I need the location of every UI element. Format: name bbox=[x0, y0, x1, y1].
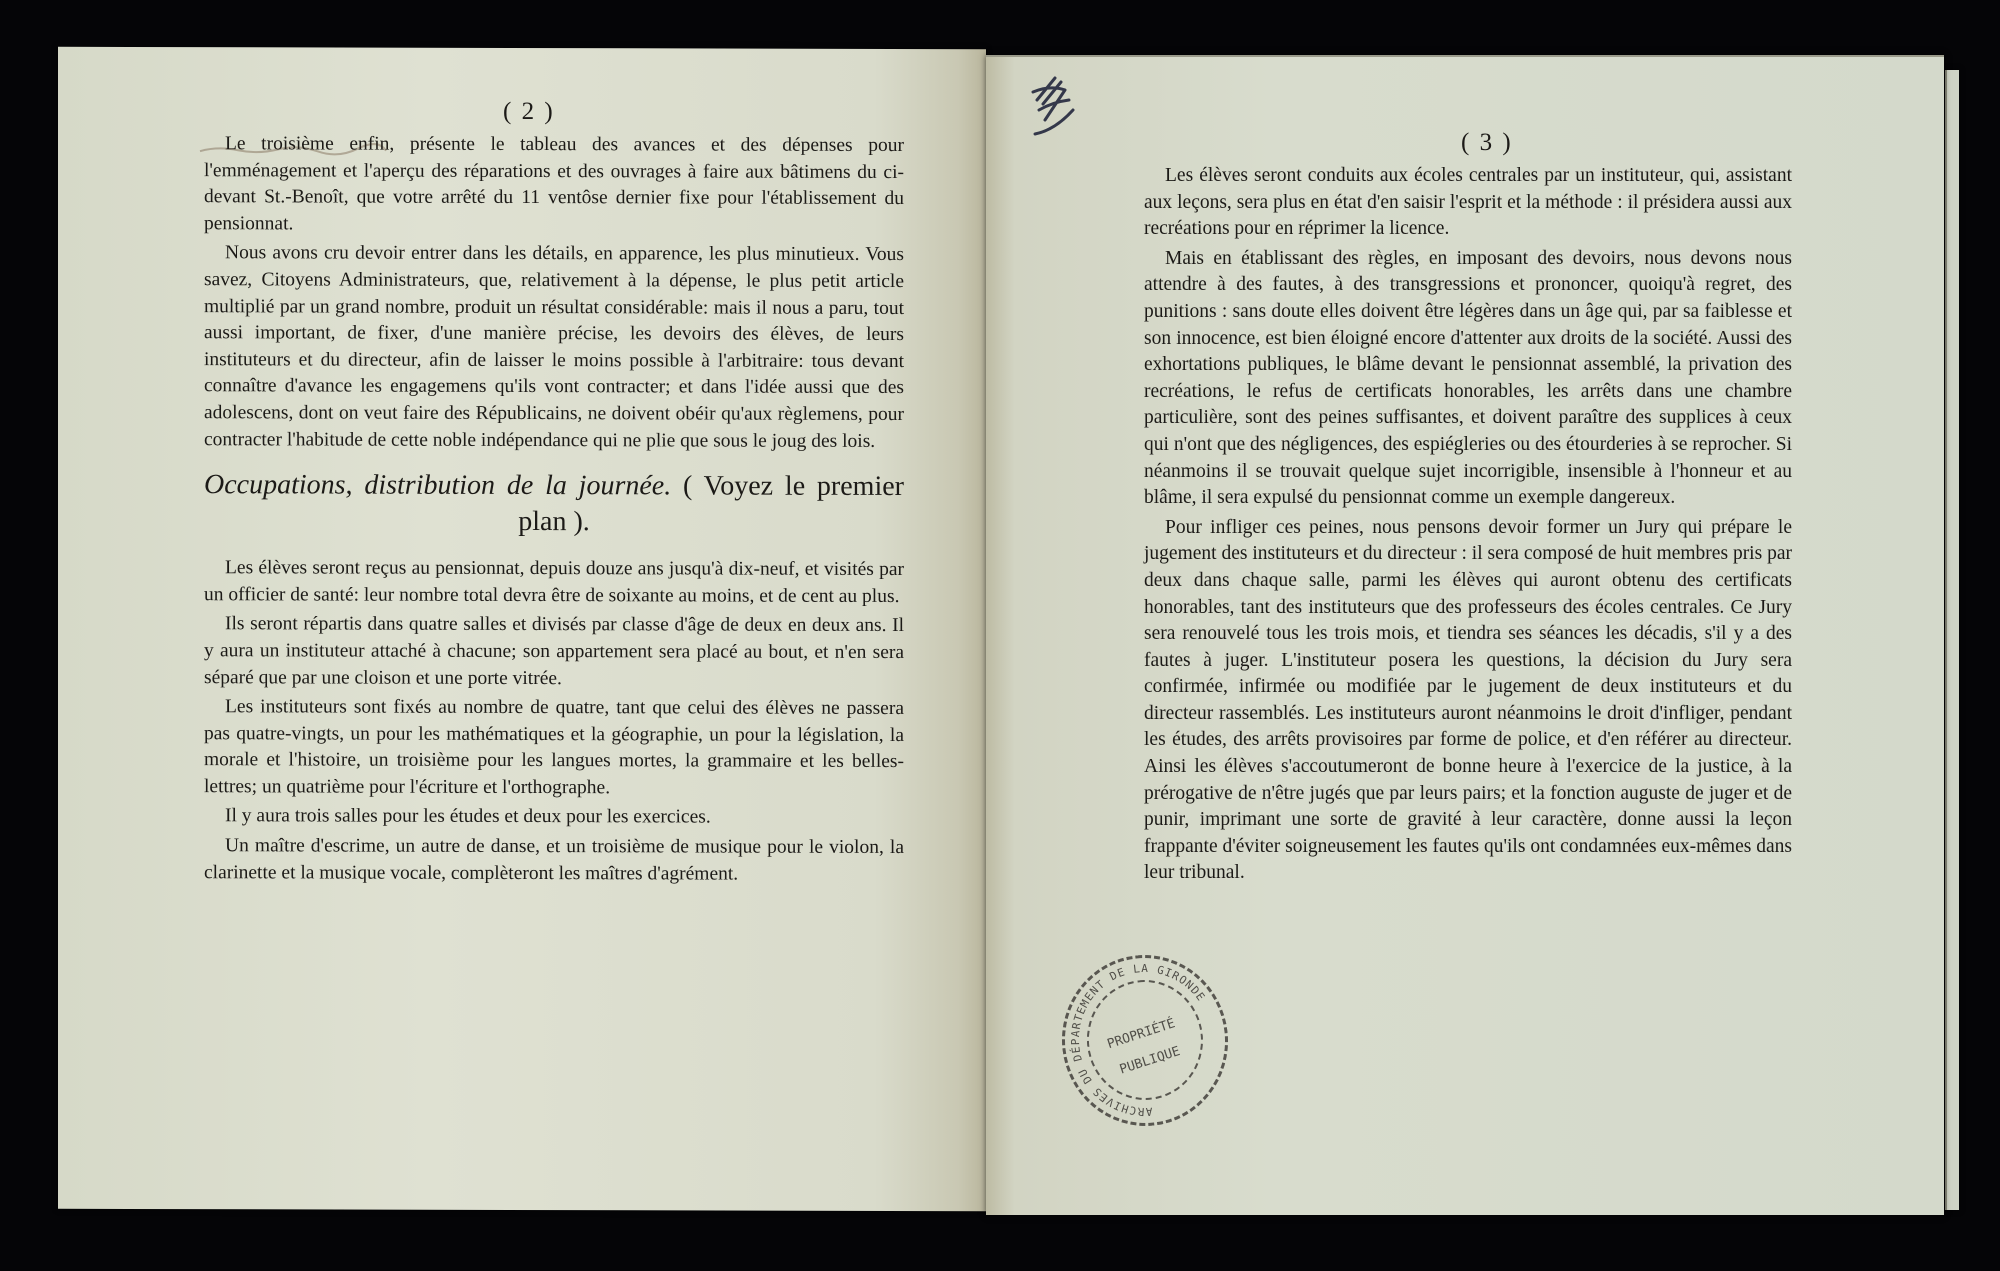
paragraph: Nous avons cru devoir entrer dans les dé… bbox=[204, 241, 904, 456]
paragraph: Les élèves seront reçus au pensionnat, d… bbox=[204, 555, 904, 610]
paragraph: Le troisième enfin, présente le tableau … bbox=[204, 131, 904, 239]
page-number: ( 3 ) bbox=[1461, 129, 1513, 157]
paragraph: Pour infliger ces peines, nous pensons d… bbox=[1144, 515, 1792, 887]
paragraph: Mais en établissant des règles, en impos… bbox=[1144, 246, 1792, 512]
page-stack-edge bbox=[1945, 70, 1959, 1210]
heading-italic: Occupations, distribution de la journée. bbox=[204, 469, 671, 501]
archive-stamp: ARCHIVES DU DÉPARTEMENT DE LA GIRONDE PR… bbox=[1054, 947, 1237, 1134]
paragraph: Les instituteurs sont fixés au nombre de… bbox=[204, 694, 904, 802]
right-page-body: Les élèves seront conduits aux écoles ce… bbox=[1144, 163, 1792, 890]
paragraph: Ils seront répartis dans quatre salles e… bbox=[204, 611, 904, 693]
paragraph: Il y aura trois salles pour les études e… bbox=[204, 804, 904, 832]
page-number: ( 2 ) bbox=[503, 98, 555, 126]
stamp-center-text: PROPRIÉTÉ PUBLIQUE bbox=[1084, 1004, 1208, 1092]
left-page: ( 2 ) Le troisième enfin, présente le ta… bbox=[58, 47, 986, 1211]
section-heading: Occupations, distribution de la journée.… bbox=[204, 467, 904, 541]
paragraph: Les élèves seront conduits aux écoles ce… bbox=[1144, 163, 1792, 243]
paragraph: Un maître d'escrime, un autre de danse, … bbox=[204, 833, 904, 888]
manuscript-mark-icon bbox=[1025, 70, 1080, 140]
left-page-body: Le troisième enfin, présente le tableau … bbox=[204, 131, 904, 891]
